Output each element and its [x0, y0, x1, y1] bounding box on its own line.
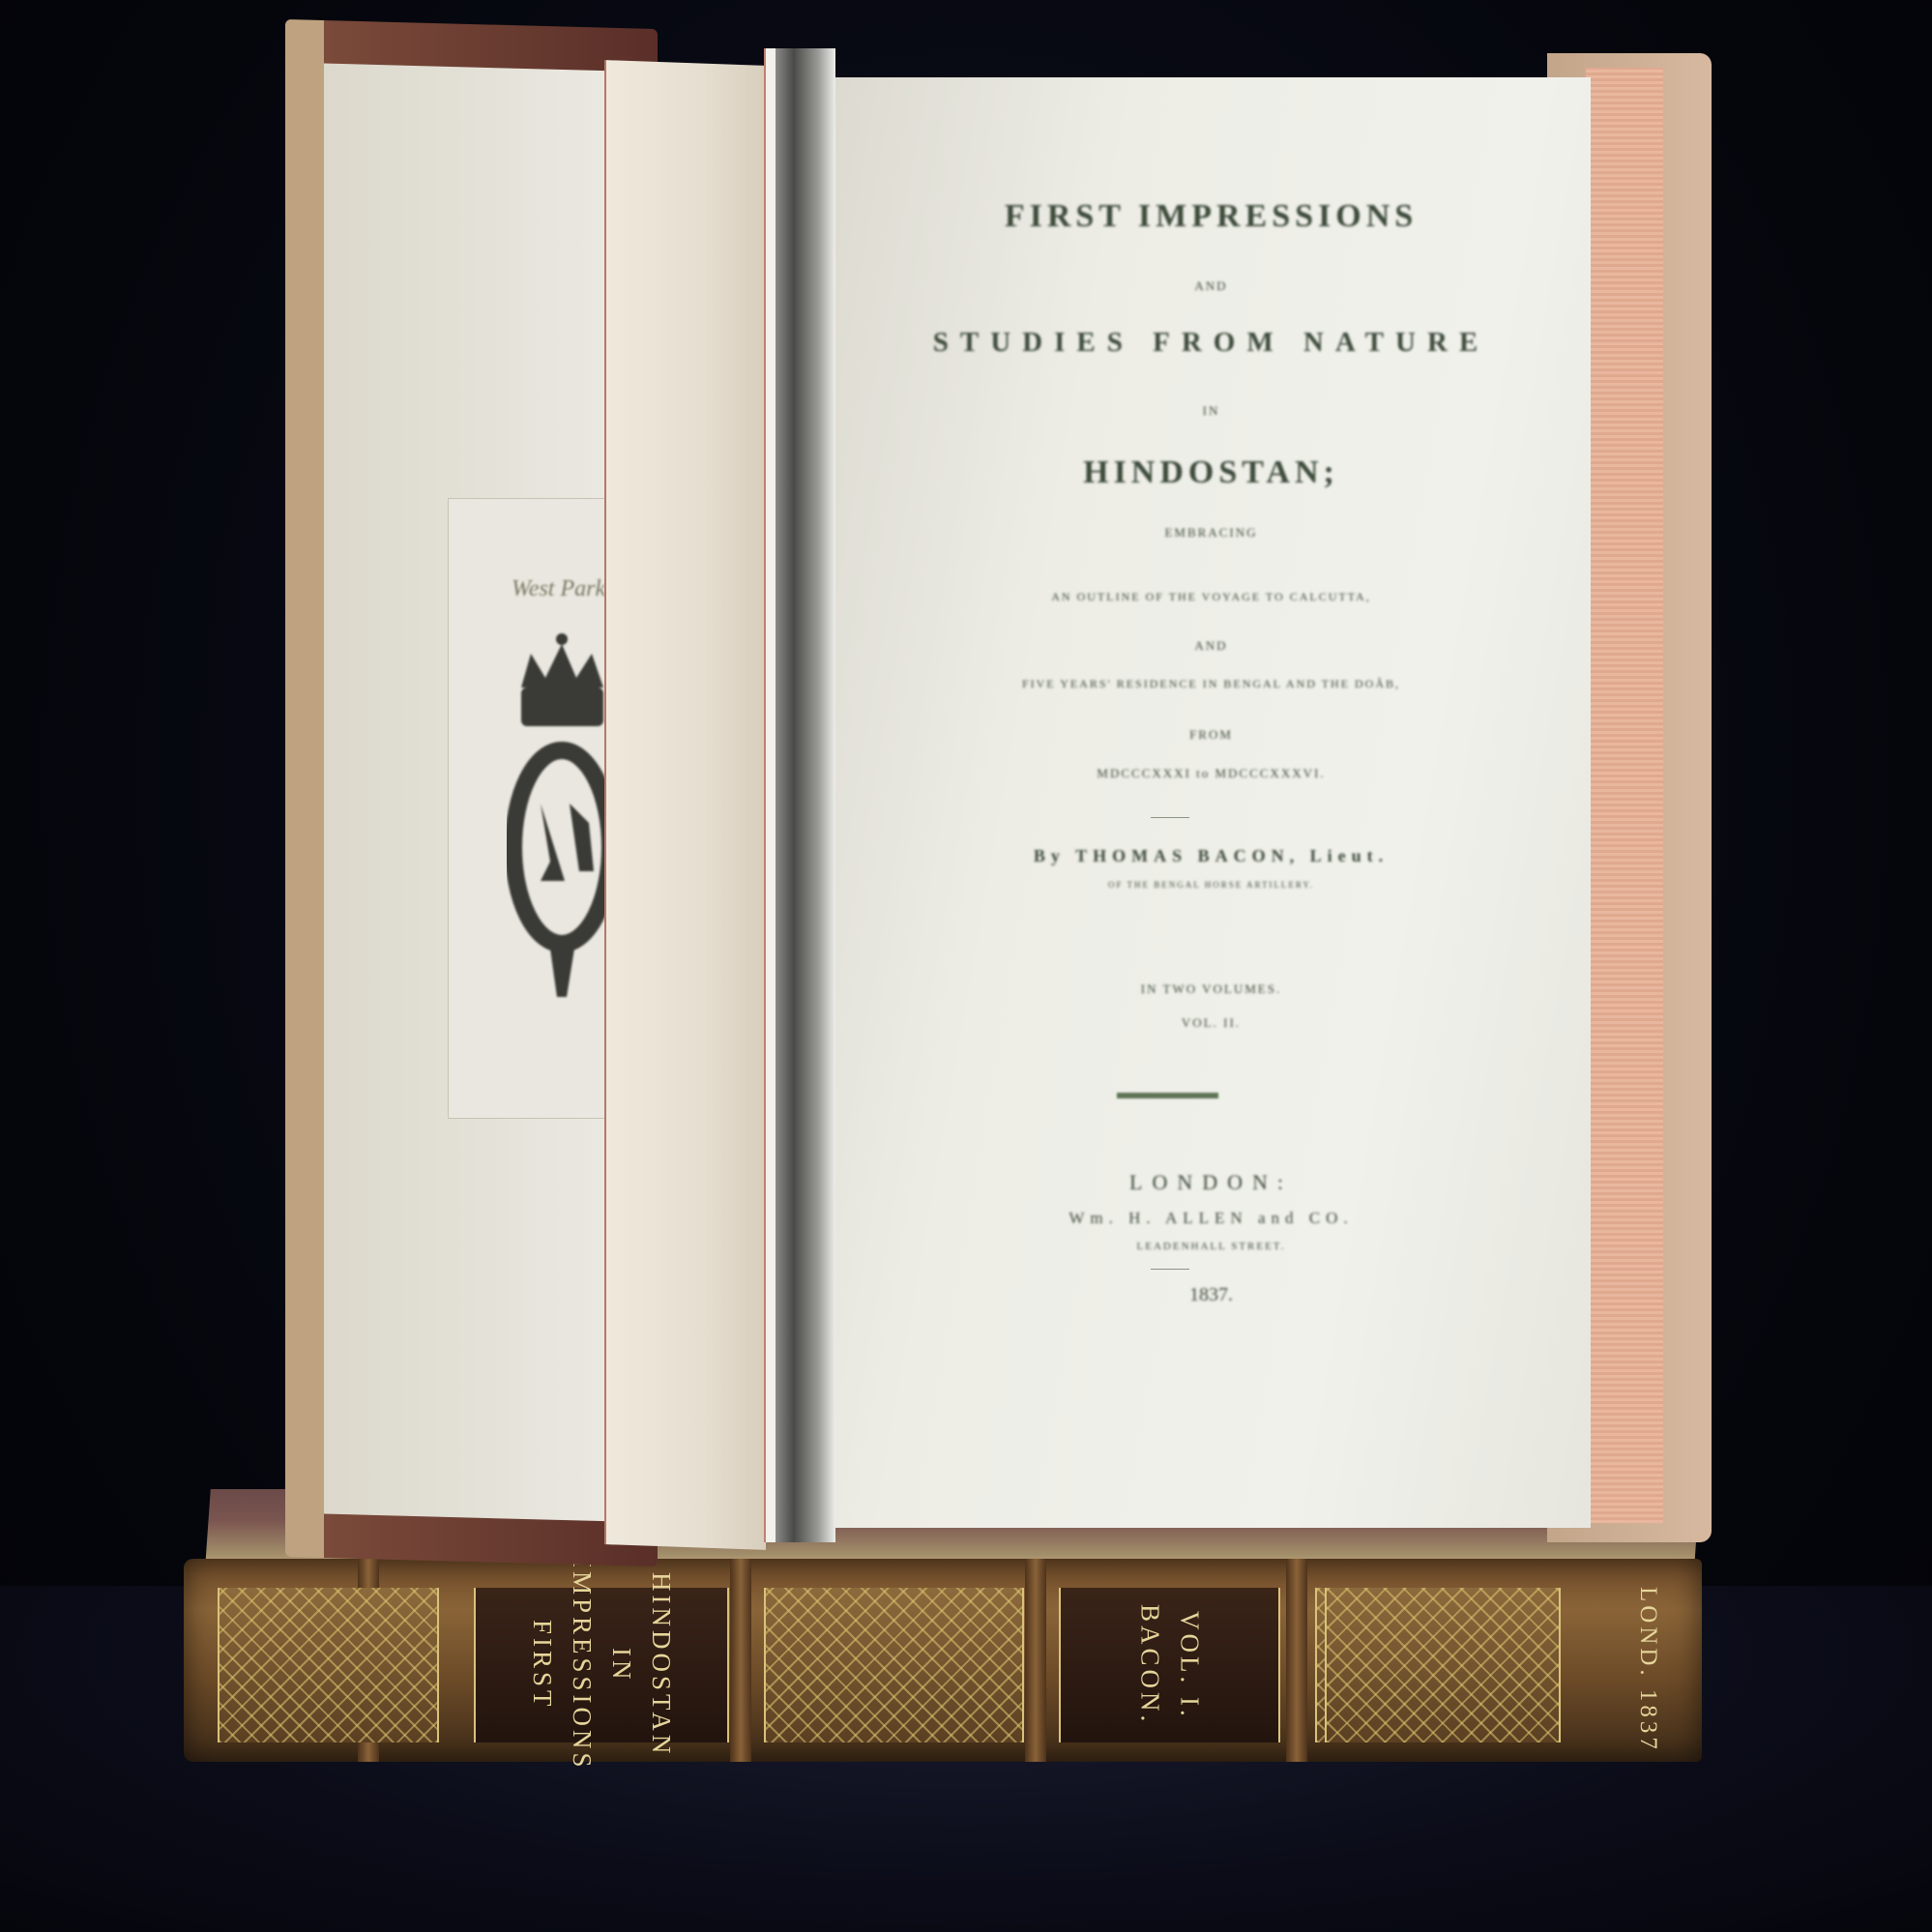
spine-raised-band	[730, 1559, 751, 1762]
address-line: LEADENHALL STREET.	[832, 1241, 1591, 1252]
spine-raised-band	[1025, 1559, 1046, 1762]
title-main: HINDOSTAN;	[832, 454, 1591, 491]
year-line: 1837.	[832, 1284, 1591, 1306]
volume-line: VOL. II.	[832, 1015, 1591, 1031]
page-fore-edge	[1586, 68, 1663, 1523]
title-label: FIRST IMPRESSIONS IN HINDOSTAN	[474, 1588, 729, 1742]
title-line: AND	[832, 638, 1591, 654]
gilt-tooled-panel	[764, 1588, 1024, 1742]
author-line: By THOMAS BACON, Lieut.	[832, 846, 1591, 866]
spine-title-line: FIRST	[527, 1620, 557, 1711]
frontispiece-plate-edge	[764, 48, 835, 1542]
spine-volume: VOL. I.	[1175, 1611, 1205, 1720]
rule	[1151, 1269, 1189, 1270]
city-line: LONDON:	[832, 1170, 1591, 1195]
spine-title-line: IN	[606, 1648, 636, 1683]
coronet-garter-crest-icon	[507, 629, 613, 1036]
title-line: AN OUTLINE OF THE VOYAGE TO CALCUTTA,	[832, 590, 1591, 604]
title-line: FIVE YEARS' RESIDENCE IN BENGAL AND THE …	[832, 677, 1591, 691]
thick-rule	[1117, 1093, 1218, 1098]
imprint-label: LOND. 1837	[1634, 1597, 1661, 1742]
title-line: FIRST IMPRESSIONS	[832, 198, 1591, 235]
publisher-line: Wm. H. ALLEN and CO.	[832, 1209, 1591, 1228]
title-page: FIRST IMPRESSIONS AND STUDIES FROM NATUR…	[832, 77, 1591, 1528]
spine-imprint: LOND. 1837	[1634, 1587, 1661, 1753]
lower-volume-spine: FIRST IMPRESSIONS IN HINDOSTAN BACON. VO…	[184, 1559, 1702, 1762]
gilt-tooled-panel	[218, 1588, 439, 1742]
author-note: OF THE BENGAL HORSE ARTILLERY.	[832, 880, 1591, 890]
title-line: EMBRACING	[832, 525, 1591, 541]
title-line: STUDIES FROM NATURE	[832, 327, 1591, 359]
title-line: FROM	[832, 727, 1591, 743]
spine-author: BACON.	[1135, 1604, 1165, 1725]
title-line: IN	[832, 403, 1591, 419]
volumes-line: IN TWO VOLUMES.	[832, 981, 1591, 997]
bookplate-script: West Park	[512, 576, 605, 602]
title-line: AND	[832, 278, 1591, 294]
spine-title-line: HINDOSTAN	[646, 1572, 676, 1757]
spine-title-line: IMPRESSIONS	[567, 1559, 597, 1771]
free-endpaper-leaf	[604, 60, 766, 1550]
spine-raised-band	[1286, 1559, 1307, 1762]
author-volume-label: BACON. VOL. I.	[1059, 1588, 1280, 1742]
gilt-tooled-panel	[1325, 1588, 1561, 1742]
rule	[1151, 817, 1189, 818]
title-line: MDCCCXXXI to MDCCCXXXVI.	[832, 766, 1591, 781]
